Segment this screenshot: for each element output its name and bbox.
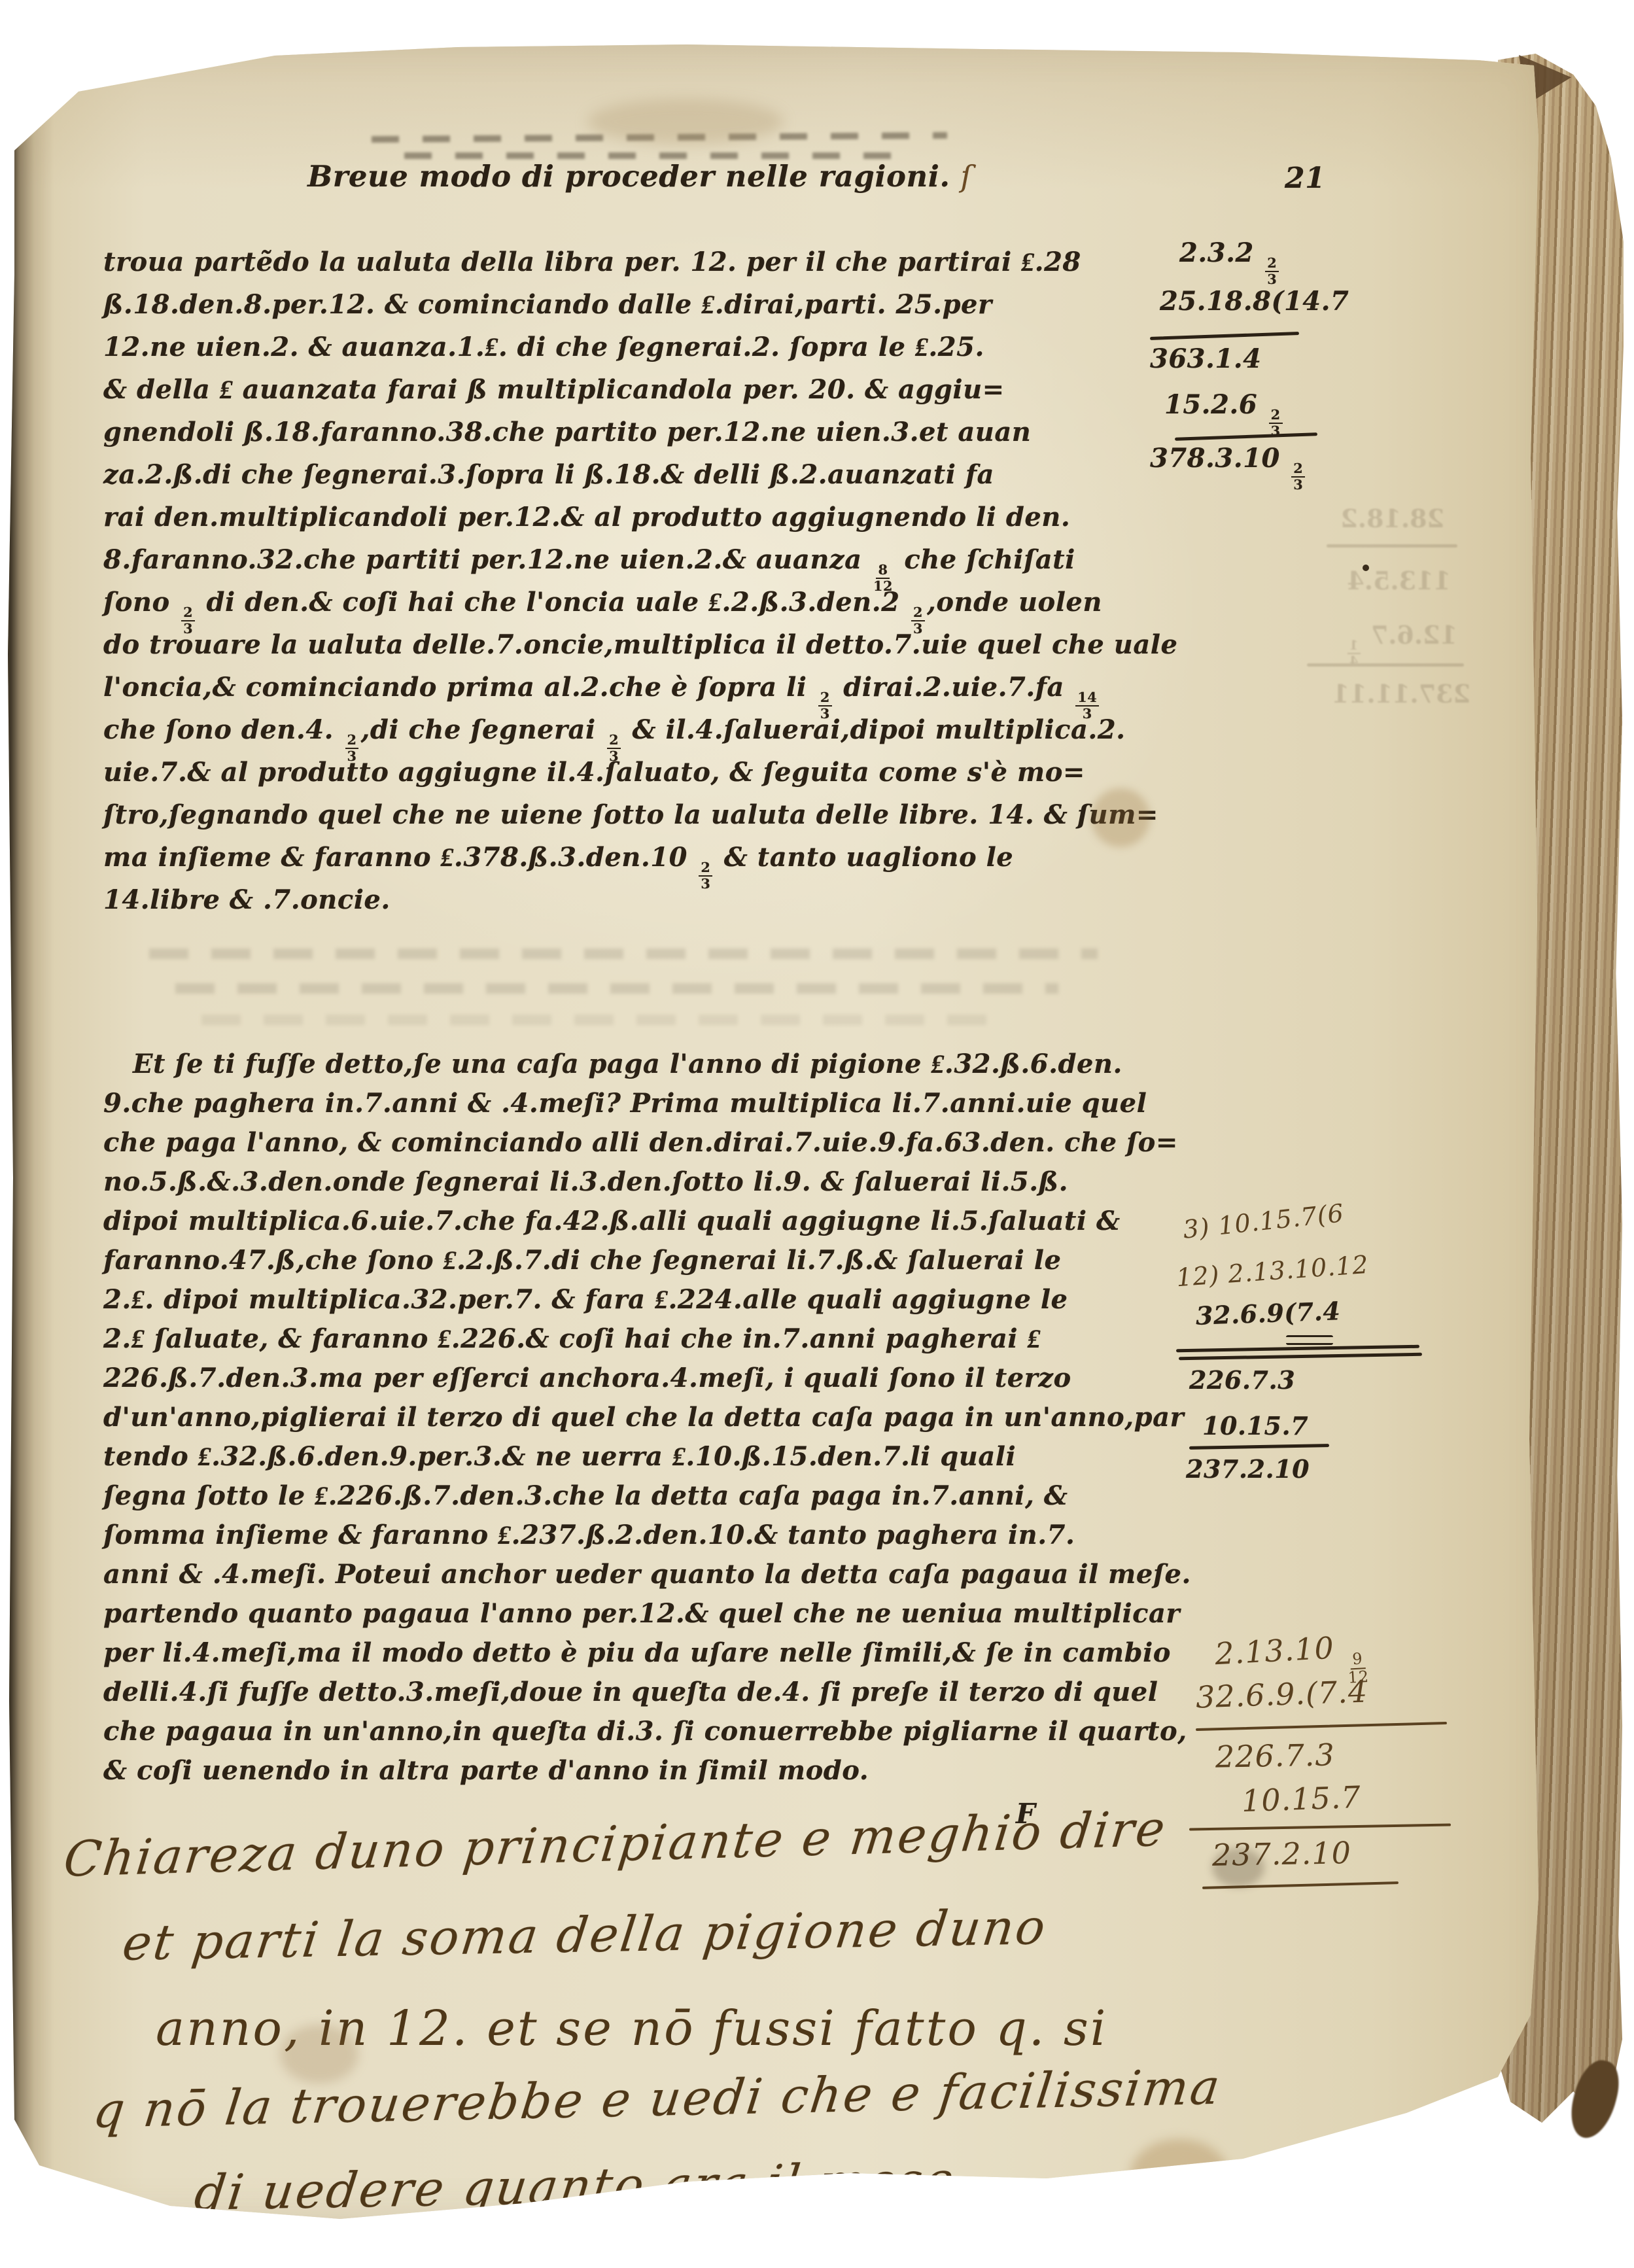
bleedthrough-row: 12.6.7 14	[1346, 620, 1457, 667]
ink-offset-smudge	[404, 152, 901, 159]
text-line: ſegna ſotto le ₤.226.ß.7.den.3.che la de…	[103, 1480, 1158, 1520]
calc-row: 378.3.10 23	[1150, 443, 1307, 492]
paper-stain	[1130, 2139, 1228, 2211]
text-line: 2.₤. dipoi multiplica.32.per.7. & fara ₤…	[103, 1284, 1158, 1323]
text-line: ſtro,ſegnando quel che ne uiene ſotto la…	[103, 799, 1158, 842]
calc-row: 2.3.2 23	[1179, 237, 1281, 287]
folio-number: 21	[1285, 162, 1325, 195]
calc-rule	[1150, 332, 1299, 340]
running-title-text: Breue modo di proceder nelle ragioni.	[307, 159, 950, 194]
text-line: 8.faranno.32.che partiti per.12.ne uien.…	[103, 544, 1158, 587]
bleedthrough-rule	[1307, 663, 1464, 667]
paper-stain	[1091, 788, 1150, 847]
text-line: gnendoli ß.18.faranno.38.che partito per…	[103, 417, 1158, 459]
handwritten-calc-row: 32.6.9.(7.4	[1195, 1673, 1368, 1715]
text-line: d'un'anno,piglierai il terzo di quel che…	[103, 1402, 1158, 1441]
text-line: troua partẽdo la ualuta della libra per.…	[103, 247, 1158, 289]
running-title: Breue modo di proceder nelle ragioni. ſ	[188, 159, 1091, 194]
stacked-fraction: 23	[699, 861, 712, 891]
calc-row: 25.18.8(14.7	[1160, 286, 1349, 317]
bleedthrough-band	[201, 1015, 986, 1025]
handwritten-calc-row: 3) 10.15.7(6	[1181, 1198, 1345, 1244]
text-line: et parti la soma della pigione duno	[120, 1892, 1454, 1972]
text-line: 9.che paghera in.7.anni & .4.meſi? Prima…	[103, 1088, 1158, 1127]
calc-row: 32.6.9(7.4	[1195, 1296, 1341, 1331]
bleedthrough-row: 237.11.11	[1332, 679, 1470, 708]
text-line: ß.18.den.8.per.12. & cominciando dalle ₤…	[103, 289, 1158, 332]
text-line: che ſono den.4. 23,di che ſegnerai 23 & …	[103, 714, 1158, 757]
text-line: 2.₤ ſaluate, & faranno ₤.226.& coſi hai …	[103, 1323, 1158, 1363]
calc-row: 226.7.3	[1189, 1365, 1295, 1395]
text-line: & coſi uenendo in altra parte d'anno in …	[103, 1755, 1158, 1794]
text-line: 14.libre & .7.oncie.	[103, 884, 1158, 927]
text-line: no.5.ß.&.3.den.onde ſegnerai li.3.den.ſo…	[103, 1166, 1158, 1206]
text-line: za.2.ß.di che ſegnerai.3.ſopra li ß.18.&…	[103, 459, 1158, 502]
text-line: di uedere quanto ara il mese	[192, 2143, 1454, 2222]
text-line: partendo quanto pagaua l'anno per.12.& q…	[103, 1598, 1158, 1637]
calc-rule	[1176, 1345, 1419, 1352]
bleedthrough-row: 113.5.4	[1347, 566, 1451, 595]
text-line: ma inſieme & faranno ₤.378.ß.3.den.10 23…	[103, 842, 1158, 884]
calc-row: 363.1.4	[1150, 343, 1262, 374]
text-line: & della ₤ auanzata farai ß multiplicando…	[103, 374, 1158, 417]
calc-rule	[1189, 1444, 1329, 1450]
paper-stain	[587, 99, 784, 145]
text-line: faranno.47.ß,che ſono ₤.2.ß.7.di che ſeg…	[103, 1245, 1158, 1284]
bleedthrough-band	[175, 983, 1058, 994]
text-line: do trouare la ualuta delle.7.oncie,multi…	[103, 629, 1158, 672]
ink-smudge	[1212, 1848, 1264, 1887]
text-line: per li.4.meſi,ma il modo detto è piu da …	[103, 1637, 1158, 1677]
ink-spot	[1363, 565, 1369, 571]
calc-double-underline	[1286, 1335, 1333, 1345]
text-line: delli.4.ſi fuſſe detto.3.meſi,doue in qu…	[103, 1677, 1158, 1716]
bleedthrough-numbers: 28.18.2 113.5.4 12.6.7 14 237.11.11	[1183, 504, 1470, 896]
text-line: l'oncia,& cominciando prima al.2.che è ſ…	[103, 672, 1158, 714]
calc-row: 237.2.10	[1186, 1454, 1310, 1484]
bleedthrough-rule	[1327, 544, 1457, 548]
text-line: 12.ne uien.2. & auanza.1.₤. di che ſegne…	[103, 332, 1158, 374]
text-line: Et ſe ti fuſſe detto,ſe una caſa paga l'…	[103, 1049, 1158, 1088]
book-page-photo: Breue modo di proceder nelle ragioni. ſ …	[0, 0, 1634, 2268]
page-paper: Breue modo di proceder nelle ragioni. ſ …	[5, 36, 1556, 2224]
paper-stain	[280, 2025, 358, 2084]
bleedthrough-row: 28.18.2	[1340, 504, 1444, 533]
text-line: anni & .4.meſi. Poteui anchor ueder quan…	[103, 1559, 1158, 1598]
calc-row: 10.15.7	[1202, 1411, 1308, 1440]
stacked-fraction: 23	[1265, 256, 1279, 287]
text-line: ſomma inſieme & faranno ₤.237.ß.2.den.10…	[103, 1520, 1158, 1559]
text-line: uie.7.& al produtto aggiugne il.4.ſaluat…	[103, 757, 1158, 799]
paragraph-2: Et ſe ti fuſſe detto,ſe una caſa paga l'…	[103, 1049, 1158, 1794]
calc-rule	[1179, 1353, 1422, 1360]
paragraph-1: troua partẽdo la ualuta della libra per.…	[103, 247, 1158, 927]
text-line: 226.ß.7.den.3.ma per eſſerci anchora.4.m…	[103, 1363, 1158, 1402]
manuscript-annotation: Chiareza duno principiante e meghio dire…	[44, 1832, 1451, 2222]
pen-flourish: ſ	[961, 159, 972, 194]
bleedthrough-band	[149, 949, 1098, 959]
text-line: che pagaua in un'anno,in queſta di.3. ſi…	[103, 1716, 1158, 1755]
handwritten-calc-row: 226.7.3	[1215, 1737, 1335, 1774]
text-line: tendo ₤.32.ß.6.den.9.per.3.& ne uerra ₤.…	[103, 1441, 1158, 1480]
text-line: rai den.multiplicandoli per.12.& al prod…	[103, 502, 1158, 544]
handwritten-calc-row: 12) 2.13.10.12	[1175, 1250, 1370, 1292]
text-line: dipoi multiplica.6.uie.7.che fa.42.ß.all…	[103, 1206, 1158, 1245]
text-line: ſono 23 di den.& coſi hai che l'oncia ua…	[103, 587, 1158, 629]
stacked-fraction: 23	[1291, 462, 1305, 492]
calc-row: 15.2.6 23	[1164, 389, 1285, 438]
handwritten-rule	[1196, 1722, 1447, 1731]
text-line: che paga l'anno, & cominciando alli den.…	[103, 1127, 1158, 1166]
